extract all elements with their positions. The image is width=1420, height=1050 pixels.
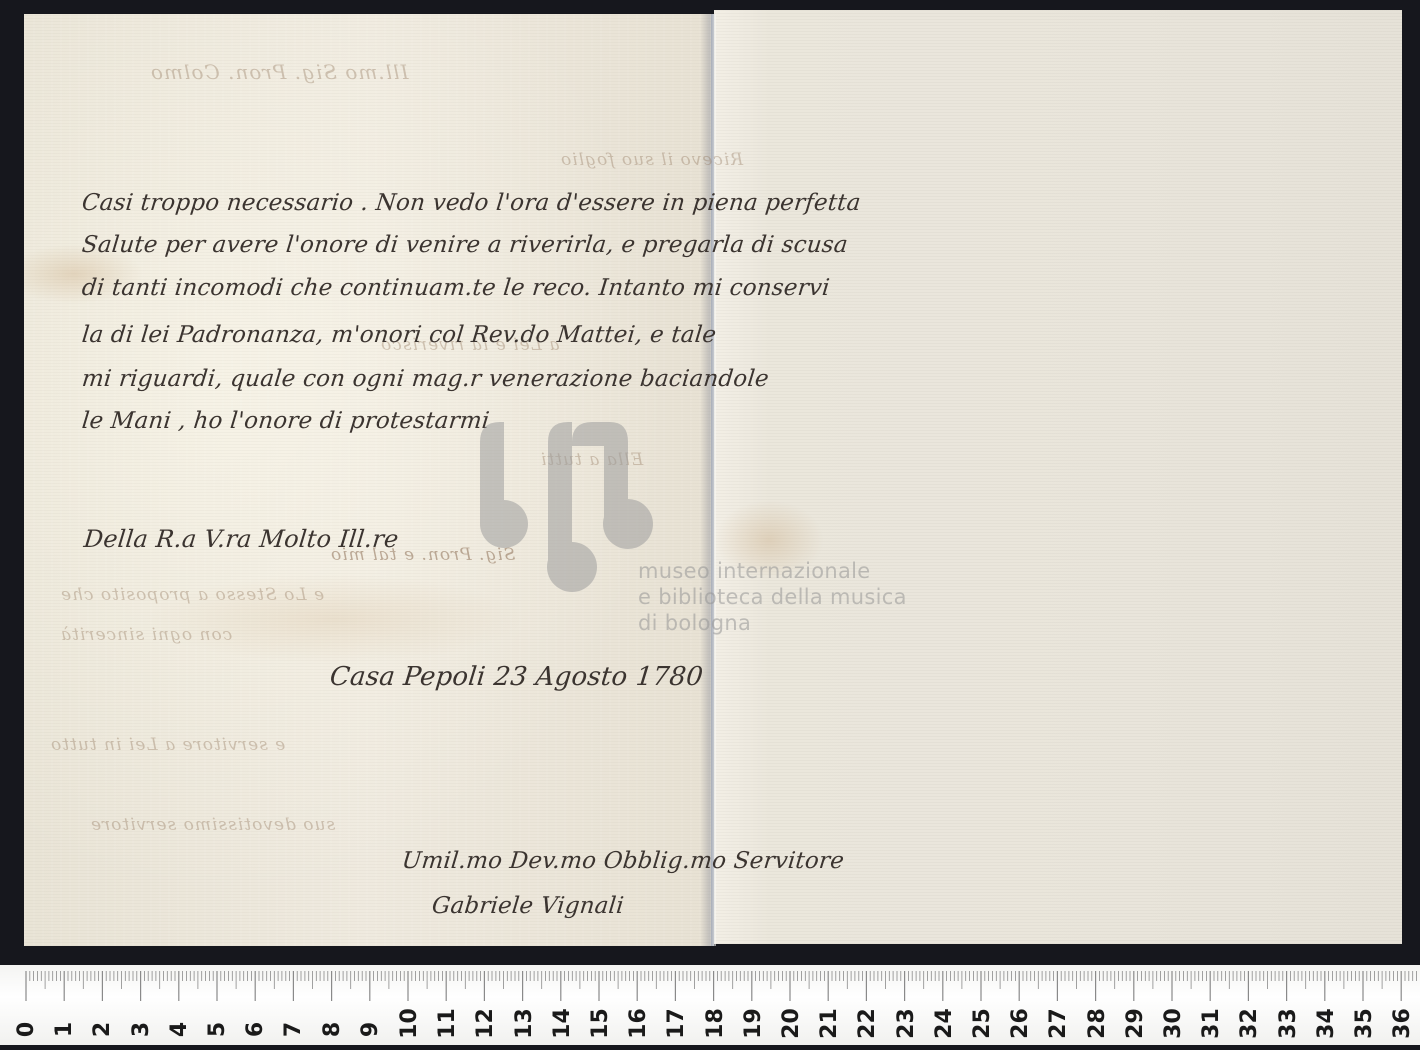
ruler-label: 11 bbox=[435, 1008, 460, 1039]
ruler-ticks bbox=[0, 965, 1420, 1005]
ruler-label: 12 bbox=[473, 1008, 498, 1039]
ruler-label: 0 bbox=[14, 1022, 39, 1037]
ruler-label: 15 bbox=[588, 1008, 613, 1039]
ruler-label: 3 bbox=[129, 1022, 154, 1037]
ruler-label: 35 bbox=[1352, 1008, 1377, 1039]
ruler-label: 4 bbox=[167, 1022, 192, 1037]
letter-line: le Mani , ho l'onore di protestarmi bbox=[81, 408, 491, 434]
ruler-label: 20 bbox=[779, 1008, 804, 1039]
letter-closing: Umil.mo Dev.mo Obblig.mo Servitore bbox=[401, 848, 846, 874]
ruler-label: 16 bbox=[626, 1008, 651, 1039]
ruler-label: 19 bbox=[741, 1008, 766, 1039]
letter-line: mi riguardi, quale con ogni mag.r venera… bbox=[81, 366, 771, 392]
ruler-label: 1 bbox=[52, 1022, 77, 1037]
letter-page-right bbox=[714, 10, 1402, 944]
ruler-label: 24 bbox=[932, 1008, 957, 1039]
ruler-label: 5 bbox=[205, 1022, 230, 1037]
ruler-label: 30 bbox=[1161, 1008, 1186, 1039]
ruler-label: 7 bbox=[282, 1022, 307, 1037]
letter-line: di tanti incomodi che continuam.te le re… bbox=[81, 275, 831, 301]
ruler-label: 21 bbox=[817, 1008, 842, 1039]
measurement-ruler: 0123456789101112131415161718192021222324… bbox=[0, 965, 1420, 1045]
letter-place-date: Casa Pepoli 23 Agosto 1780 bbox=[328, 662, 704, 692]
ruler-label: 17 bbox=[664, 1008, 689, 1039]
ruler-label: 29 bbox=[1123, 1008, 1148, 1039]
ruler-label: 9 bbox=[358, 1022, 383, 1037]
ruler-label: 28 bbox=[1084, 1008, 1109, 1039]
letter-line: Salute per avere l'onore di venire a riv… bbox=[81, 232, 849, 258]
ruler-label: 33 bbox=[1275, 1008, 1300, 1039]
ruler-label: 26 bbox=[1008, 1008, 1033, 1039]
ruler-label: 2 bbox=[91, 1022, 116, 1037]
letter-salutation: Della R.a V.ra Molto Ill.re bbox=[83, 525, 400, 553]
ruler-label: 10 bbox=[397, 1008, 422, 1039]
ruler-label: 8 bbox=[320, 1022, 345, 1037]
ruler-label: 6 bbox=[243, 1022, 268, 1037]
ruler-label: 23 bbox=[893, 1008, 918, 1039]
ruler-label: 34 bbox=[1314, 1008, 1339, 1039]
letter-line: la di lei Padronanza, m'onori col Rev.do… bbox=[81, 322, 718, 348]
ruler-label: 13 bbox=[511, 1008, 536, 1039]
ruler-label: 18 bbox=[702, 1008, 727, 1039]
ruler-label: 27 bbox=[1046, 1008, 1071, 1039]
ruler-label: 14 bbox=[550, 1008, 575, 1039]
ruler-label: 25 bbox=[970, 1008, 995, 1039]
letter-line: Casi troppo necessario . Non vedo l'ora … bbox=[81, 190, 862, 216]
ruler-label: 31 bbox=[1199, 1008, 1224, 1039]
ruler-label: 22 bbox=[855, 1008, 880, 1039]
letter-signature: Gabriele Vignali bbox=[431, 893, 626, 919]
ruler-label: 36 bbox=[1390, 1008, 1415, 1039]
ruler-label: 32 bbox=[1237, 1008, 1262, 1039]
